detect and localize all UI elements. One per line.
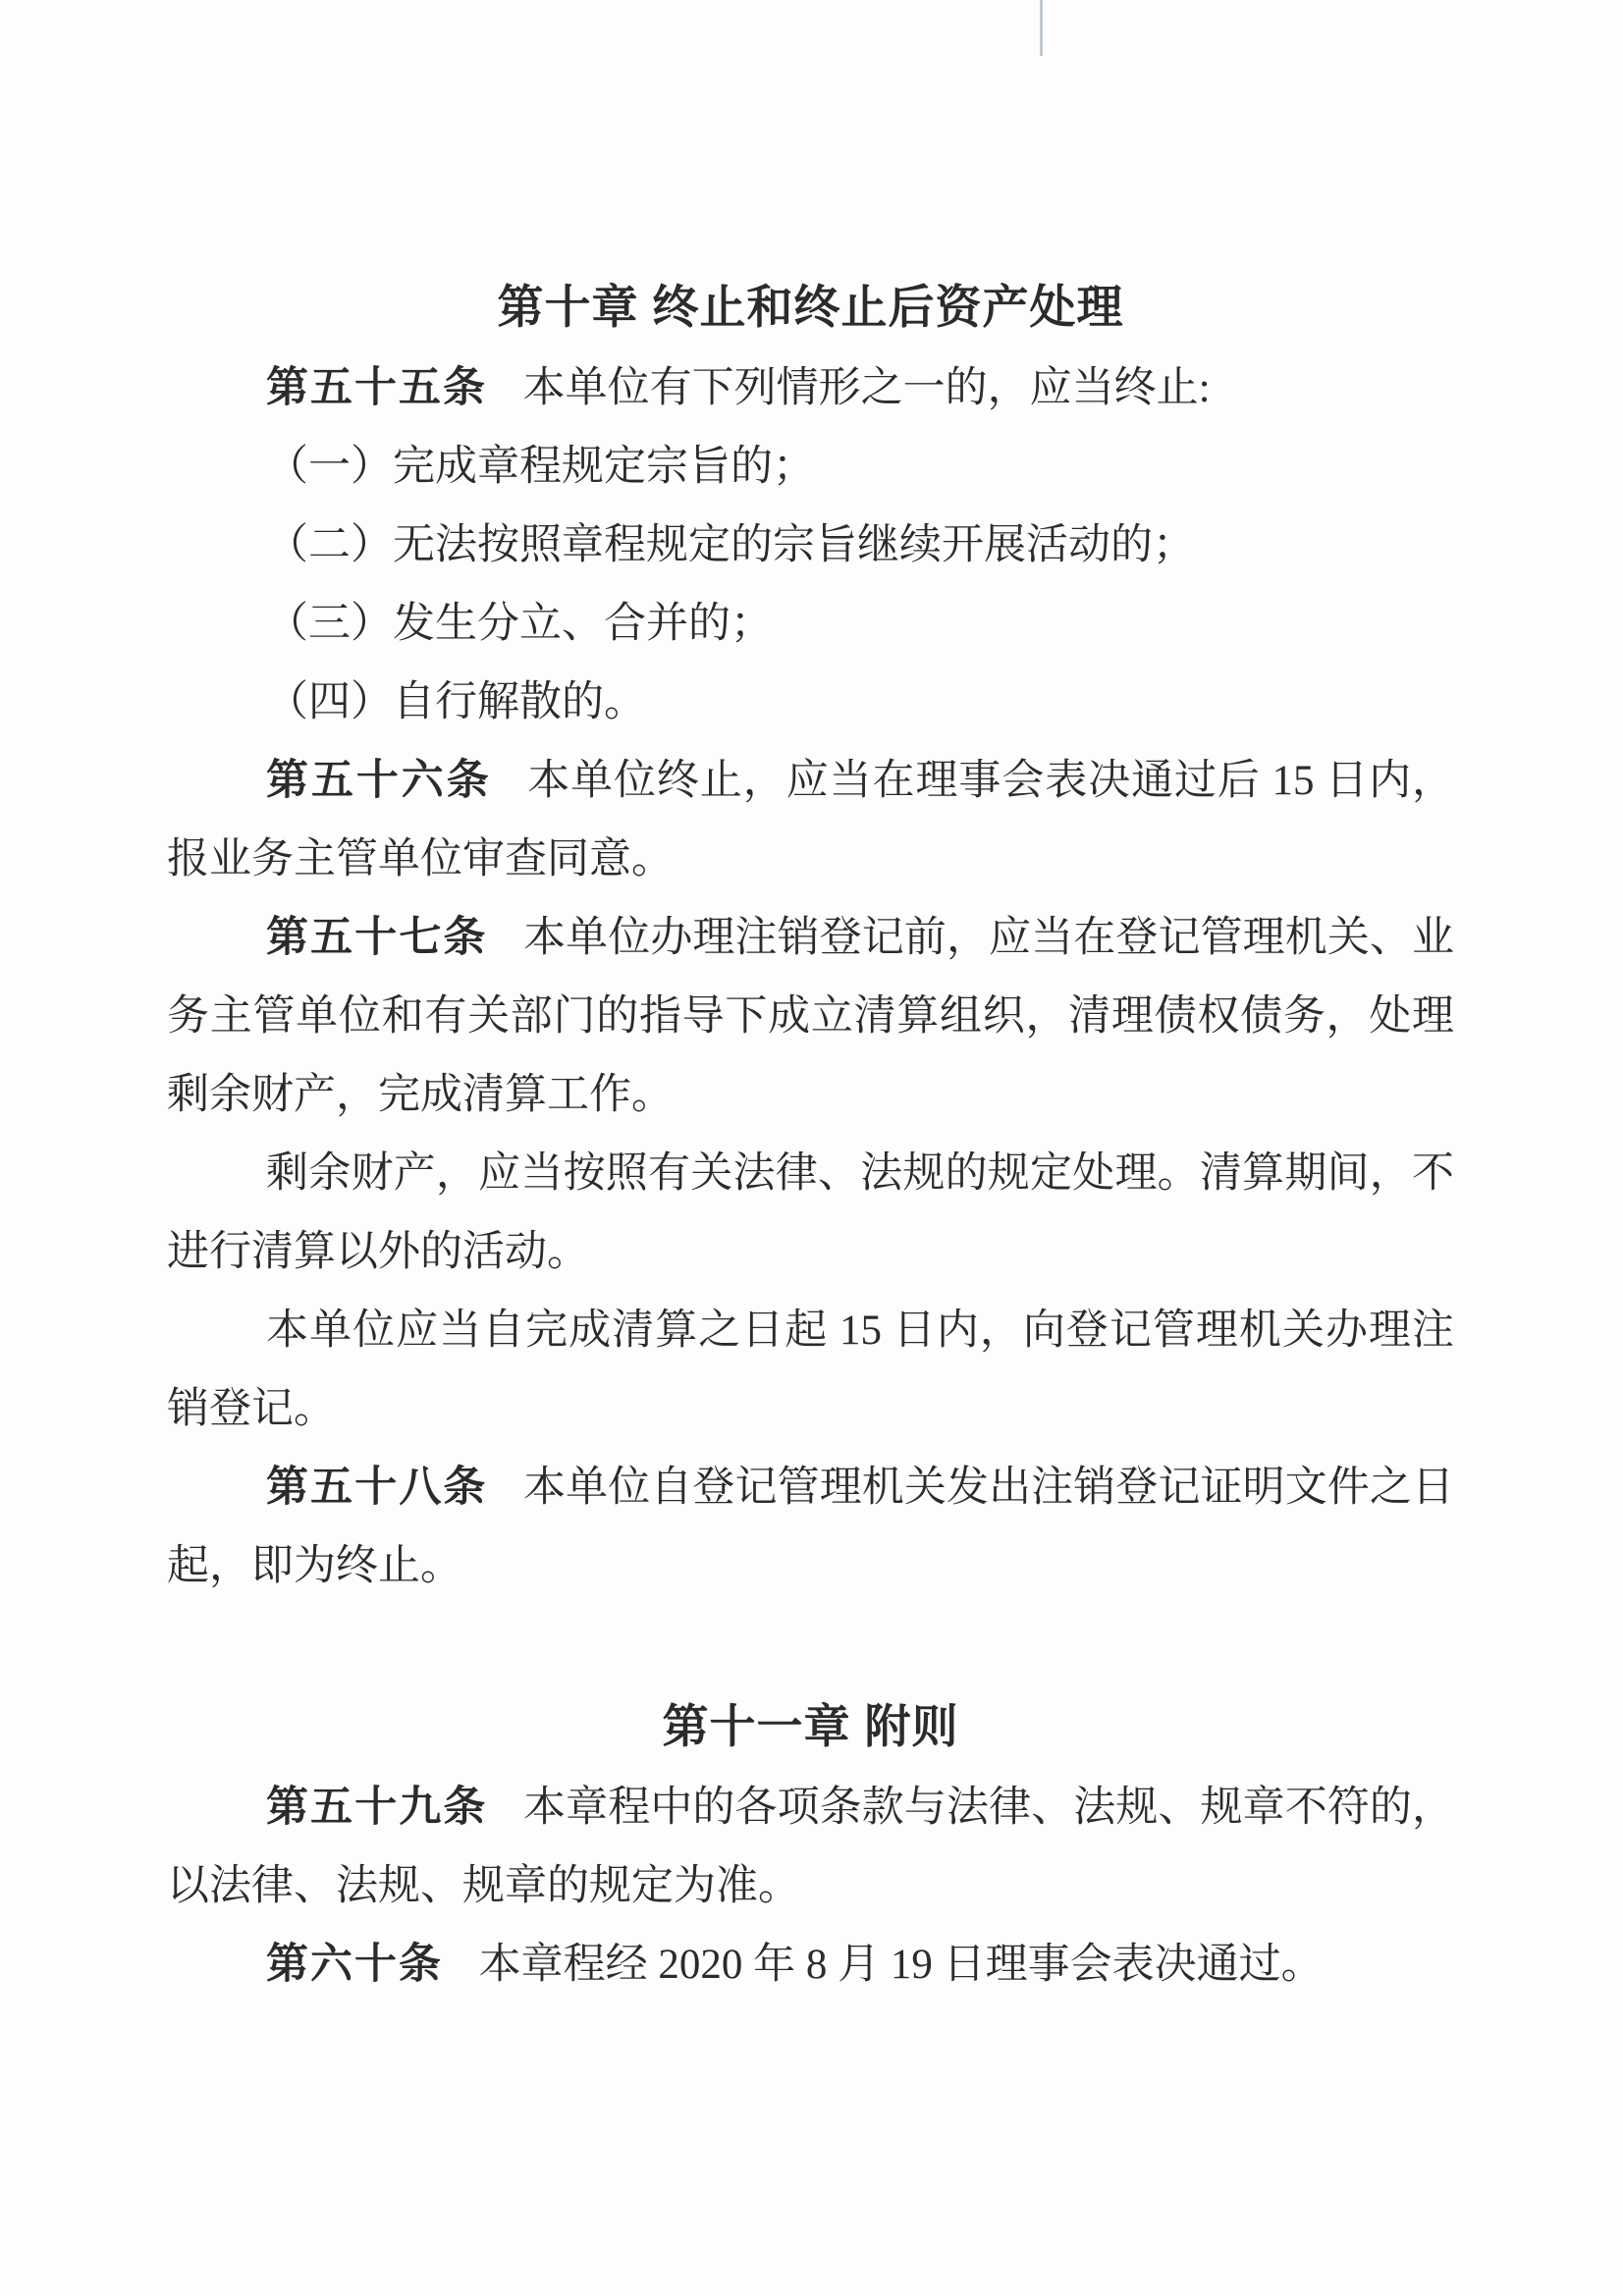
paragraph-remaining-assets: 剩余财产，应当按照有关法律、法规的规定处理。清算期间，不进行清算以外的活动。	[167, 1135, 1454, 1292]
article-60: 第六十条本章程经 2020 年 8 月 19 日理事会表决通过。	[167, 1926, 1454, 2004]
document-page: 第十章 终止和终止后资产处理 第五十五条本单位有下列情形之一的，应当终止: （一…	[0, 0, 1623, 2296]
article-58-number: 第五十八条	[266, 1465, 487, 1511]
article-57: 第五十七条本单位办理注销登记前，应当在登记管理机关、业务主管单位和有关部门的指导…	[167, 899, 1454, 1135]
article-60-text: 本章程经 2020 年 8 月 19 日理事会表决通过。	[479, 1942, 1324, 1988]
article-59-number: 第五十九条	[266, 1785, 487, 1831]
article-55: 第五十五条本单位有下列情形之一的，应当终止:	[167, 349, 1454, 428]
list-item-2: （二）无法按照章程规定的宗旨继续开展活动的；	[167, 507, 1454, 585]
list-item-4: （四）自行解散的。	[167, 664, 1454, 742]
paragraph-deregistration: 本单位应当自完成清算之日起 15 日内，向登记管理机关办理注销登记。	[167, 1292, 1454, 1449]
scan-artifact-line	[1040, 0, 1043, 56]
list-item-3: （三）发生分立、合并的；	[167, 585, 1454, 664]
article-56-number: 第五十六条	[266, 758, 492, 804]
article-58: 第五十八条本单位自登记管理机关发出注销登记证明文件之日起，即为终止。	[167, 1449, 1454, 1606]
document-content: 第十章 终止和终止后资产处理 第五十五条本单位有下列情形之一的，应当终止: （一…	[167, 265, 1454, 2004]
article-55-number: 第五十五条	[266, 365, 487, 411]
list-item-1: （一）完成章程规定宗旨的；	[167, 428, 1454, 507]
article-56: 第五十六条本单位终止，应当在理事会表决通过后 15 日内，报业务主管单位审查同意…	[167, 742, 1454, 899]
article-57-number: 第五十七条	[266, 915, 487, 961]
chapter-heading-11: 第十一章 附则	[167, 1684, 1454, 1769]
article-60-number: 第六十条	[266, 1942, 443, 1988]
chapter-heading-10: 第十章 终止和终止后资产处理	[167, 265, 1454, 349]
article-55-text: 本单位有下列情形之一的，应当终止:	[523, 365, 1211, 411]
article-59: 第五十九条本章程中的各项条款与法律、法规、规章不符的，以法律、法规、规章的规定为…	[167, 1769, 1454, 1926]
